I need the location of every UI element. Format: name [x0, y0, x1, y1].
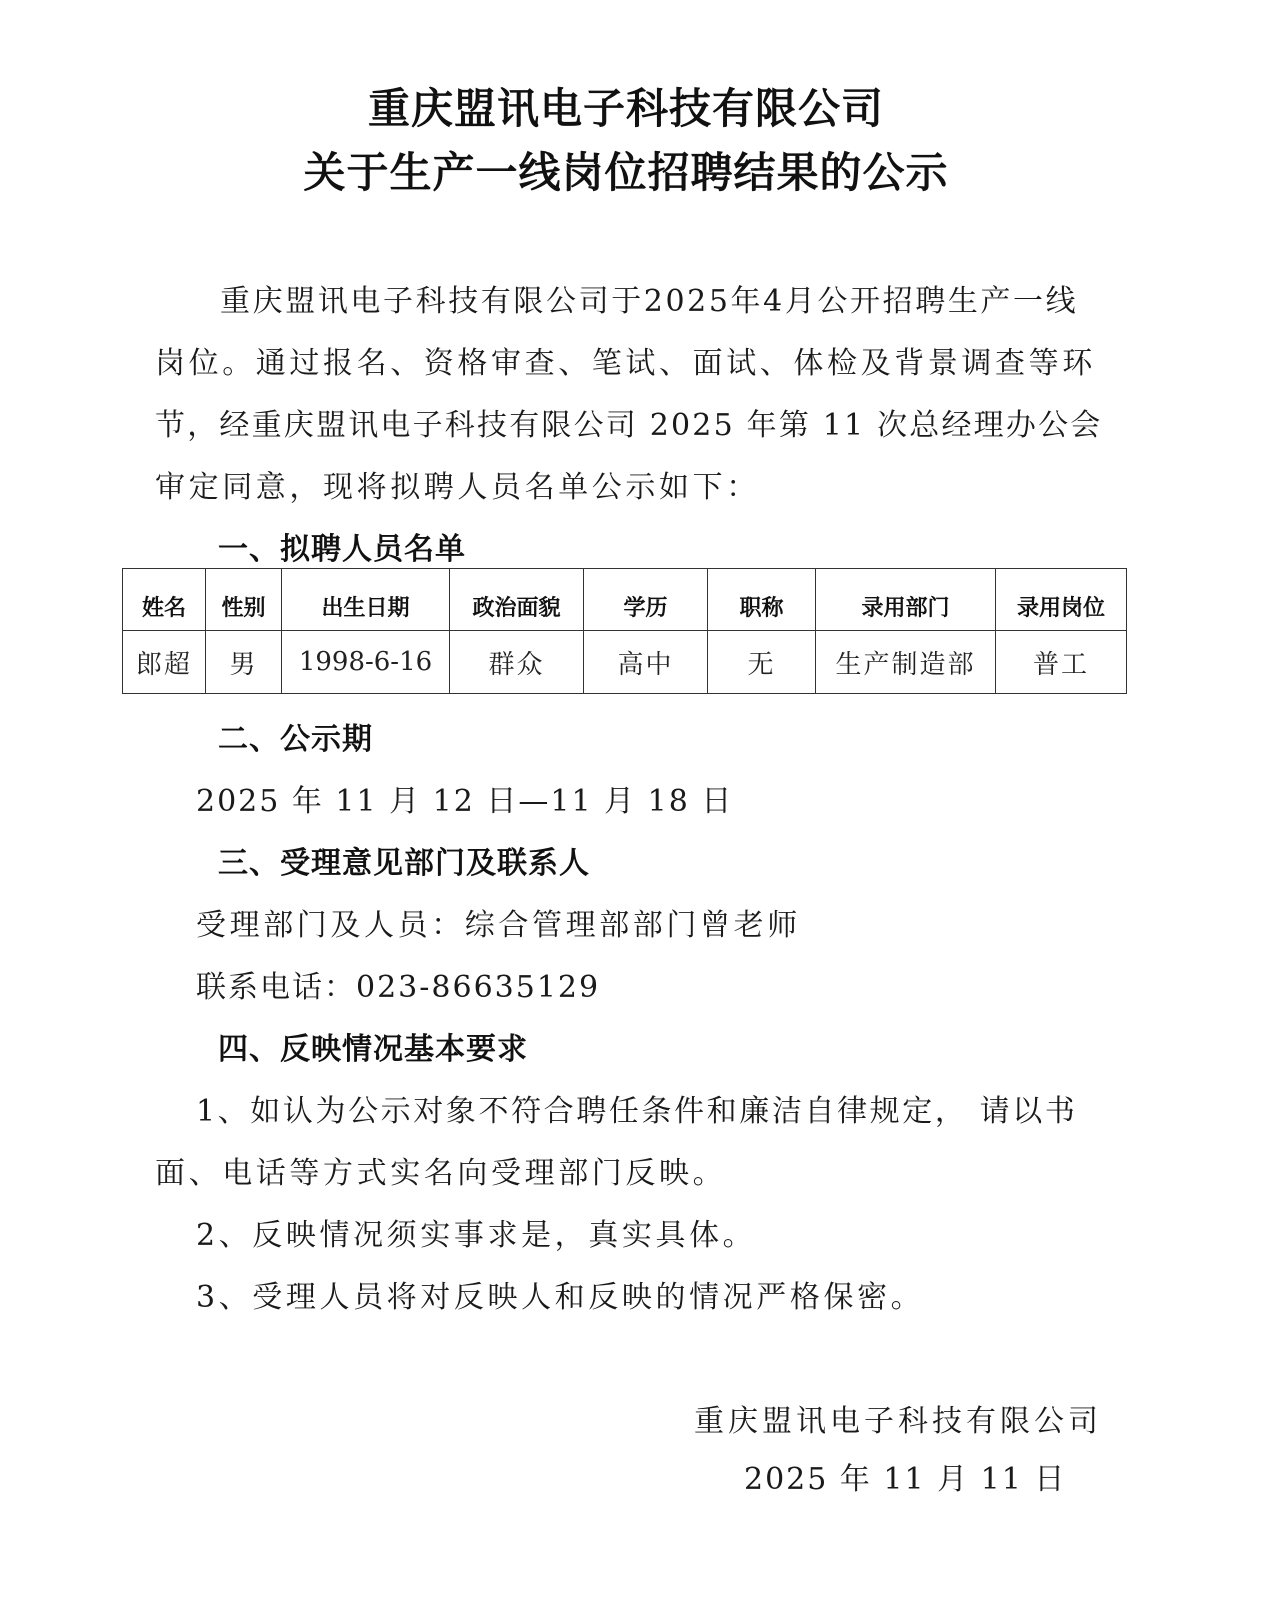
signature-date: 2025 年 11 月 11 日 [744, 1454, 1066, 1498]
intro-line: 节，经重庆盟讯电子科技有限公司 2025 年第 11 次总经理办公会 [155, 400, 1102, 444]
requirement-item: 3、受理人员将对反映人和反映的情况严格保密。 [196, 1272, 924, 1316]
requirement-item: 面、电话等方式实名向受理部门反映。 [155, 1148, 726, 1192]
intro-line: 审定同意，现将拟聘人员名单公示如下： [155, 462, 760, 506]
intro-line: 重庆盟讯电子科技有限公司于2025年4月公开招聘生产一线 [220, 276, 1078, 320]
intro-line: 岗位。通过报名、资格审查、笔试、面试、体检及背景调查等环 [155, 338, 1096, 382]
table-row: 郎超 男 1998-6-16 群众 高中 无 生产制造部 普工 [123, 631, 1127, 694]
table-header-row: 姓名 性别 出生日期 政治面貌 学历 职称 录用部门 录用岗位 [123, 569, 1127, 631]
column-header: 出生日期 [282, 569, 450, 631]
cell-gender: 男 [206, 631, 282, 694]
column-header: 职称 [708, 569, 816, 631]
signature-company: 重庆盟讯电子科技有限公司 [694, 1396, 1102, 1440]
section-heading-requirements: 四、反映情况基本要求 [218, 1024, 528, 1068]
section-heading-candidates: 一、拟聘人员名单 [218, 524, 466, 568]
contact-phone: 联系电话：023-86635129 [196, 962, 600, 1006]
column-header: 学历 [584, 569, 708, 631]
cell-name: 郎超 [123, 631, 206, 694]
cell-title: 无 [708, 631, 816, 694]
cell-political-status: 群众 [450, 631, 584, 694]
cell-position: 普工 [996, 631, 1127, 694]
contact-department: 受理部门及人员：综合管理部部门曾老师 [196, 900, 801, 944]
requirement-item: 2、反映情况须实事求是，真实具体。 [196, 1210, 756, 1254]
section-heading-contact: 三、受理意见部门及联系人 [218, 838, 590, 882]
requirement-item: 1、如认为公示对象不符合聘任条件和廉洁自律规定， 请以书 [196, 1086, 1077, 1130]
column-header: 政治面貌 [450, 569, 584, 631]
publicity-period: 2025 年 11 月 12 日—11 月 18 日 [196, 776, 733, 820]
column-header: 录用部门 [816, 569, 996, 631]
document-title-line-2: 关于生产一线岗位招聘结果的公示 [0, 140, 1252, 200]
column-header: 姓名 [123, 569, 206, 631]
cell-department: 生产制造部 [816, 631, 996, 694]
column-header: 性别 [206, 569, 282, 631]
document-title-line-1: 重庆盟讯电子科技有限公司 [0, 76, 1252, 136]
candidate-table: 姓名 性别 出生日期 政治面貌 学历 职称 录用部门 录用岗位 郎超 男 199… [122, 568, 1127, 694]
section-heading-period: 二、公示期 [218, 714, 373, 758]
cell-birthdate: 1998-6-16 [282, 631, 450, 694]
cell-education: 高中 [584, 631, 708, 694]
column-header: 录用岗位 [996, 569, 1127, 631]
